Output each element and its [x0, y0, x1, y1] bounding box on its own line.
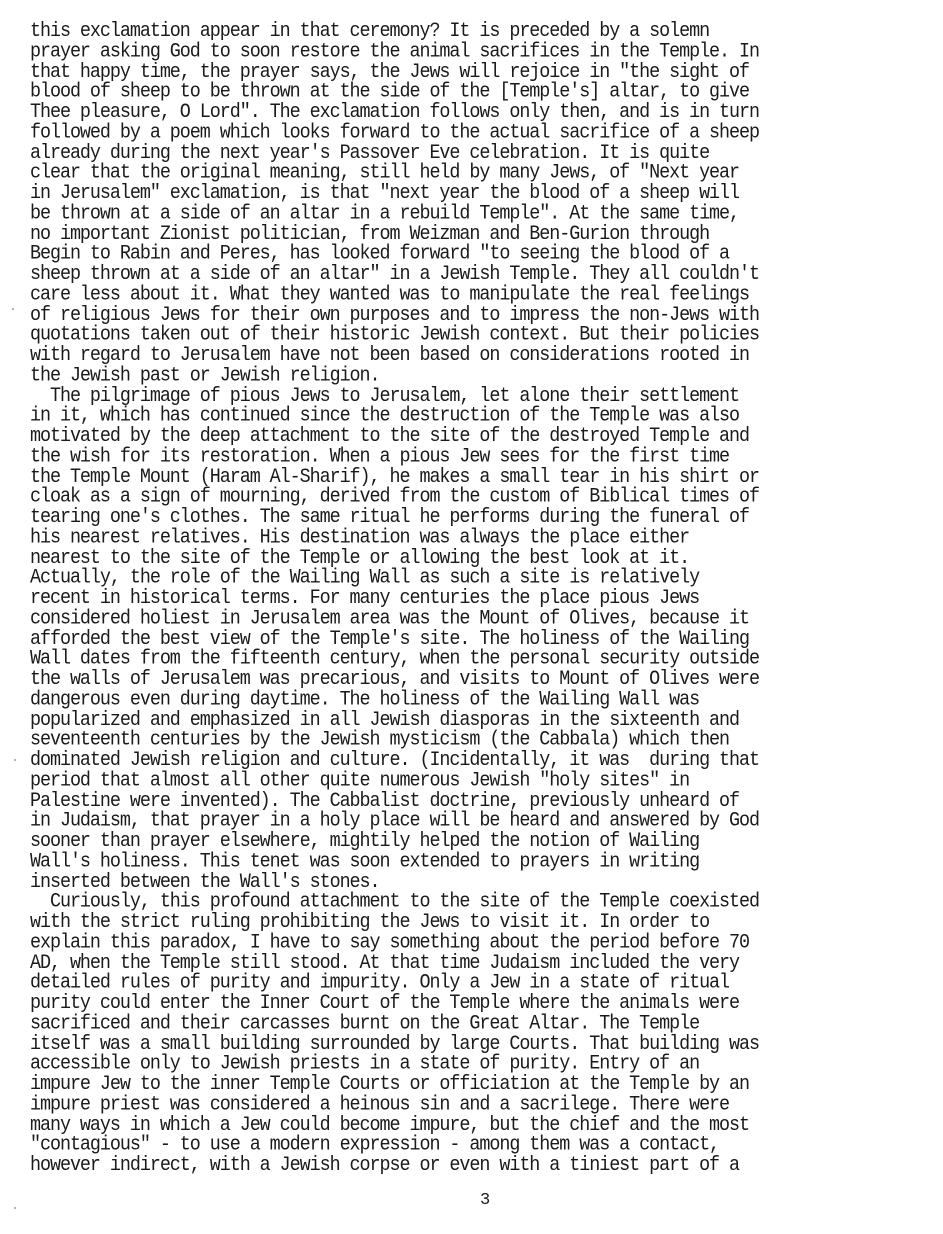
text-line: purity could enter the Inner Court of th…	[30, 994, 940, 1014]
page-number: 3	[480, 1191, 490, 1210]
text-line: be thrown at a side of an altar in a reb…	[30, 204, 940, 224]
text-line: followed by a poem which looks forward t…	[30, 123, 940, 143]
document-body: this exclamation appear in that ceremony…	[30, 22, 940, 1176]
text-line: his nearest relatives. His destination w…	[30, 528, 940, 548]
text-line: Thee pleasure, O Lord". The exclamation …	[30, 103, 940, 123]
text-line: explain this paradox, I have to say some…	[30, 933, 940, 953]
scan-speck	[12, 308, 14, 310]
text-line: the Jewish past or Jewish religion.	[30, 366, 940, 386]
text-line: with the strict ruling prohibiting the J…	[30, 913, 940, 933]
text-line: sooner than prayer elsewhere, mightily h…	[30, 832, 940, 852]
text-line: prayer asking God to soon restore the an…	[30, 42, 940, 62]
text-line: impure priest was considered a heinous s…	[30, 1095, 940, 1115]
text-line: dangerous even during daytime. The holin…	[30, 690, 940, 710]
text-line: period that almost all other quite numer…	[30, 771, 940, 791]
scan-speck	[14, 1207, 16, 1209]
text-line: the wish for its restoration. When a pio…	[30, 447, 940, 467]
text-line: Wall's holiness. This tenet was soon ext…	[30, 852, 940, 872]
text-line: the walls of Jerusalem was precarious, a…	[30, 670, 940, 690]
text-line: however indirect, with a Jewish corpse o…	[30, 1156, 940, 1176]
text-line: considered holiest in Jerusalem area was…	[30, 609, 940, 629]
text-line: motivated by the deep attachment to the …	[30, 427, 940, 447]
scan-speck	[14, 759, 16, 761]
text-line: dominated Jewish religion and culture. (…	[30, 751, 940, 771]
text-line: this exclamation appear in that ceremony…	[30, 22, 940, 42]
text-line: impure Jew to the inner Temple Courts or…	[30, 1075, 940, 1095]
text-line: sheep thrown at a side of an altar" in a…	[30, 265, 940, 285]
text-line: sacrificed and their carcasses burnt on …	[30, 1014, 940, 1034]
text-line: with regard to Jerusalem have not been b…	[30, 346, 940, 366]
text-line: recent in historical terms. For many cen…	[30, 589, 940, 609]
text-line: care less about it. What they wanted was…	[30, 285, 940, 305]
text-line: tearing one's clothes. The same ritual h…	[30, 508, 940, 528]
text-line: in Jerusalem" exclamation, is that "next…	[30, 184, 940, 204]
